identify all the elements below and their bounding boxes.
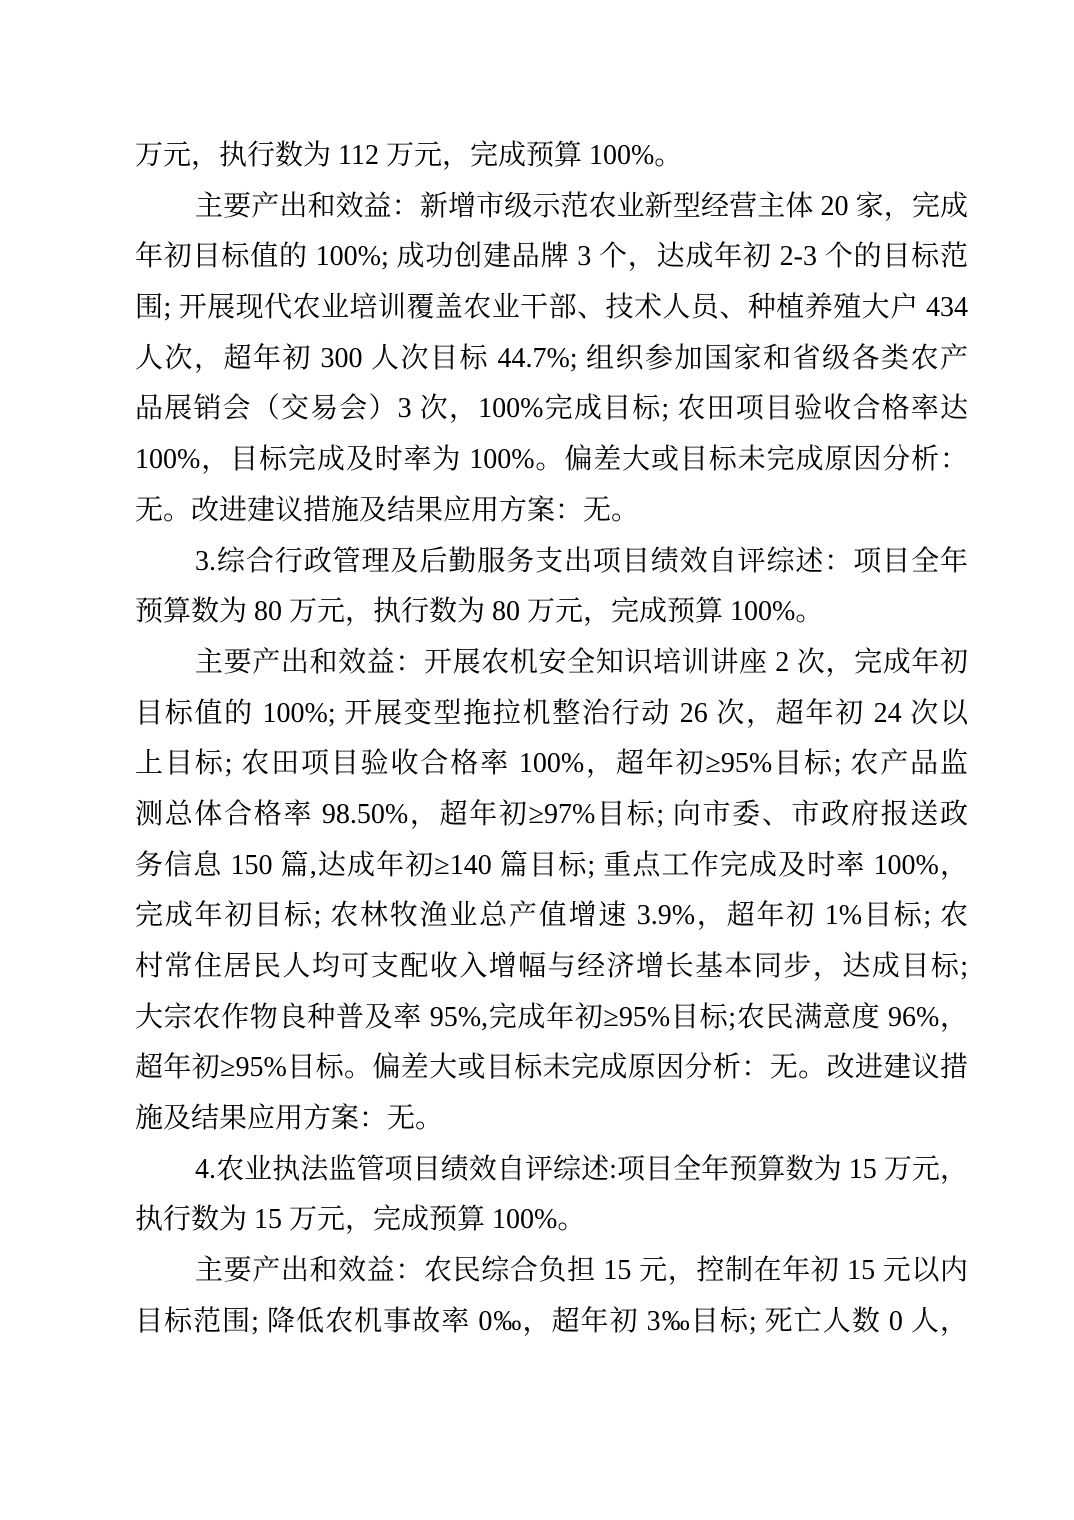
text-line: 年初目标值的 100%; 成功创建品牌 3 个，达成年初 2-3 个的目标范 <box>135 232 968 283</box>
text-line: 完成年初目标; 农林牧渔业总产值增速 3.9%，超年初 1%目标; 农 <box>135 891 968 942</box>
text-line: 村常住居民人均可支配收入增幅与经济增长基本同步，达成目标; <box>135 942 968 993</box>
text-line: 主要产出和效益：农民综合负担 15 元，控制在年初 15 元以内 <box>135 1246 968 1297</box>
text-line: 主要产出和效益：开展农机安全知识培训讲座 2 次，完成年初 <box>135 638 968 689</box>
text-line: 万元，执行数为 112 万元，完成预算 100%。 <box>135 131 968 182</box>
text-line: 4.农业执法监管项目绩效自评综述:项目全年预算数为 15 万元， <box>135 1145 968 1196</box>
text-line: 目标值的 100%; 开展变型拖拉机整治行动 26 次，超年初 24 次以 <box>135 689 968 740</box>
text-line: 主要产出和效益：新增市级示范农业新型经营主体 20 家，完成 <box>135 182 968 233</box>
text-line: 执行数为 15 万元，完成预算 100%。 <box>135 1195 968 1246</box>
text-line: 务信息 150 篇,达成年初≥140 篇目标; 重点工作完成及时率 100%， <box>135 841 968 892</box>
text-line: 施及结果应用方案：无。 <box>135 1094 968 1145</box>
text-line: 预算数为 80 万元，执行数为 80 万元，完成预算 100%。 <box>135 587 968 638</box>
text-line: 无。改进建议措施及结果应用方案：无。 <box>135 486 968 537</box>
text-line: 品展销会（交易会）3 次，100%完成目标; 农田项目验收合格率达 <box>135 384 968 435</box>
text-line: 大宗农作物良种普及率 95%,完成年初≥95%目标;农民满意度 96%， <box>135 993 968 1044</box>
text-line: 测总体合格率 98.50%，超年初≥97%目标; 向市委、市政府报送政 <box>135 790 968 841</box>
text-line: 100%，目标完成及时率为 100%。偏差大或目标未完成原因分析： <box>135 435 968 486</box>
document-page: 万元，执行数为 112 万元，完成预算 100%。 主要产出和效益：新增市级示范… <box>0 0 1074 1520</box>
text-line: 人次，超年初 300 人次目标 44.7%; 组织参加国家和省级各类农产 <box>135 334 968 385</box>
text-line: 上目标; 农田项目验收合格率 100%，超年初≥95%目标; 农产品监 <box>135 739 968 790</box>
document-text-block: 万元，执行数为 112 万元，完成预算 100%。 主要产出和效益：新增市级示范… <box>135 131 968 1348</box>
text-line: 目标范围; 降低农机事故率 0‰，超年初 3‰目标; 死亡人数 0 人， <box>135 1297 968 1348</box>
text-line: 超年初≥95%目标。偏差大或目标未完成原因分析：无。改进建议措 <box>135 1043 968 1094</box>
text-line: 围; 开展现代农业培训覆盖农业干部、技术人员、种植养殖大户 434 <box>135 283 968 334</box>
text-line: 3.综合行政管理及后勤服务支出项目绩效自评综述：项目全年 <box>135 537 968 588</box>
